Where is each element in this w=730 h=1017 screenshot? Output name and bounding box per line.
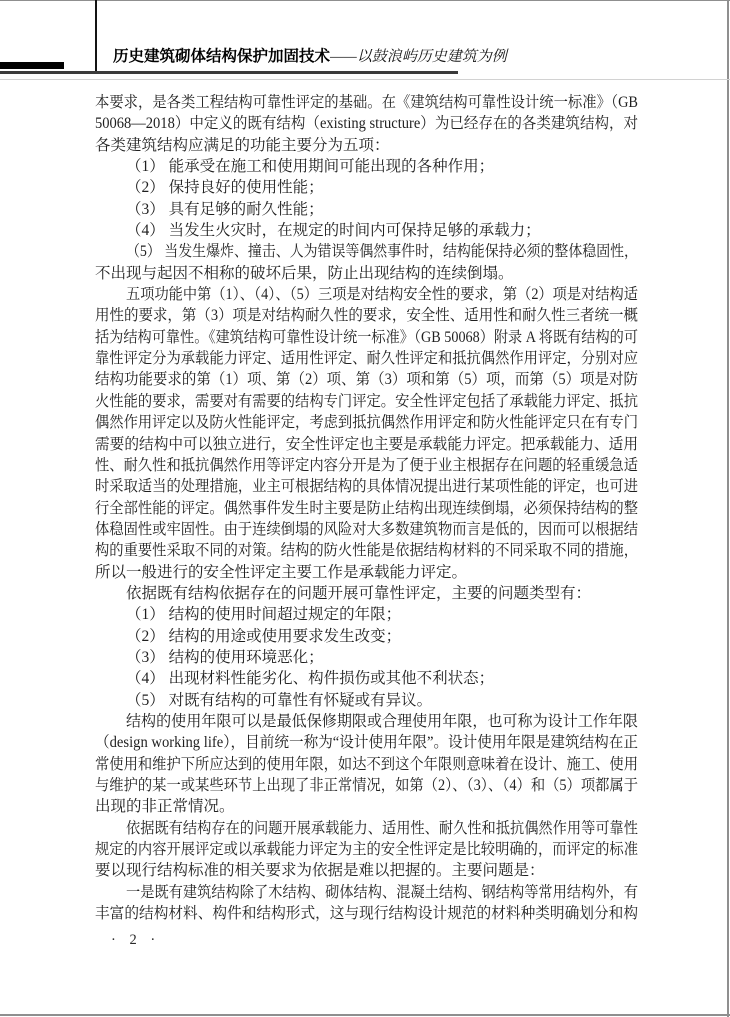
body-text-line: 性、耐久性和抵抗偶然作用等评定内容分开是为了便于业主根据存在问题的轻重缓急适 — [95, 455, 638, 476]
body-text-line: （4） 当发生火灾时，在规定的时间内可保持足够的承载力； — [95, 220, 638, 241]
body-text-line: 时采取适当的处理措施，业主可根据结构的具体情况提出进行某项性能的评定，也可进 — [95, 476, 638, 497]
header-shadow-line — [0, 79, 730, 80]
scan-edge-right — [727, 0, 729, 1017]
body-text-line: （2） 保持良好的使用性能； — [95, 177, 638, 198]
running-header: 历史建筑砌体结构保护加固技术——以鼓浪屿历史建筑为例 — [113, 48, 507, 66]
header-rule — [0, 71, 458, 74]
body-text-line: 出现的非正常情况。 — [95, 796, 638, 817]
body-text-line: 本要求，是各类工程结构可靠性评定的基础。在《建筑结构可靠性设计统一标准》（GB — [95, 92, 638, 113]
body-text-line: 火性能的要求，需要对有需要的结构专门评定。安全性评定包括了承载能力评定、抵抗 — [95, 391, 638, 412]
running-header-title: 历史建筑砌体结构保护加固技术 — [113, 48, 330, 65]
body-text-line: 体稳固性或牢固性。由于连续倒塌的风险对大多数建筑物而言是低的，因而可以根据结 — [95, 519, 638, 540]
body-text-line: 所以一般进行的安全性评定主要工作是承载能力评定。 — [95, 562, 638, 583]
scan-edge-bottom — [0, 1014, 730, 1016]
body-text-line: （3） 结构的使用环境恶化； — [95, 647, 638, 668]
body-text-line: 构的重要性采取不同的对策。结构的防火性能是依据结构材料的不同采取不同的措施， — [95, 540, 638, 561]
header-black-bar — [0, 62, 64, 69]
scan-edge-top — [0, 0, 730, 1]
body-text-line: 不出现与起因不相称的破坏后果，防止出现结构的连续倒塌。 — [95, 263, 638, 284]
body-text-line: 依据既有结构依据存在的问题开展可靠性评定，主要的问题类型有： — [95, 583, 638, 604]
body-text-line: 与维护的某一或某些环节上出现了非正常情况，如第（2）、（3）、（4）和（5）项都… — [95, 775, 638, 796]
body-text-line: 丰富的结构材料、构件和结构形式，这与现行结构设计规范的材料种类明确划分和构 — [95, 903, 638, 924]
header-column-line — [95, 0, 97, 72]
body-text-line: 需要的结构中可以独立进行，安全性评定也主要是承载能力评定。把承载能力、适用 — [95, 434, 638, 455]
body-text-line: 靠性评定分为承载能力评定、适用性评定、耐久性评定和抵抗偶然作用评定，分别对应 — [95, 348, 638, 369]
body-text-line: （design working life），目前统一称为“设计使用年限”。设计使… — [95, 732, 638, 753]
page-number: · 2 · — [111, 932, 160, 949]
body-text-line: 用性的要求，第（3）项是对结构耐久性的要求，安全性、适用性和耐久性三者统一概 — [95, 305, 638, 326]
body-text-line: 常使用和维护下所应达到的使用年限，如达不到这个年限则意味着在设计、施工、使用 — [95, 754, 638, 775]
body-text-line: （5） 当发生爆炸、撞击、人为错误等偶然事件时，结构能保持必须的整体稳固性， — [95, 241, 638, 262]
body-text-line: 结构的使用年限可以是最低保修期限或合理使用年限，也可称为设计工作年限 — [95, 711, 638, 732]
running-header-subtitle: ——以鼓浪屿历史建筑为例 — [330, 49, 507, 65]
body-text-line: （1） 结构的使用时间超过规定的年限； — [95, 604, 638, 625]
body-text-line: 一是既有建筑结构除了木结构、砌体结构、混凝土结构、钢结构等常用结构外，有 — [95, 882, 638, 903]
body-text-line: （3） 具有足够的耐久性能； — [95, 199, 638, 220]
body-text-line: 50068—2018）中定义的既有结构（existing structure）为… — [95, 113, 638, 134]
body-text-line: 偶然作用评定以及防火性能评定，考虑到抵抗偶然作用评定和防火性能评定只在有专门 — [95, 412, 638, 433]
body-text-line: 规定的内容开展评定或以承载能力评定为主的安全性评定是比较明确的，而评定的标准 — [95, 839, 638, 860]
body-text-line: 各类建筑结构应满足的功能主要分为五项： — [95, 135, 638, 156]
body-text-line: （2） 结构的用途或使用要求发生改变； — [95, 626, 638, 647]
body-text-block: 本要求，是各类工程结构可靠性评定的基础。在《建筑结构可靠性设计统一标准》（GB5… — [95, 92, 638, 924]
body-text-line: （5） 对既有结构的可靠性有怀疑或有异议。 — [95, 690, 638, 711]
body-text-line: （4） 出现材料性能劣化、构件损伤或其他不利状态； — [95, 668, 638, 689]
body-text-line: 行全部性能的评定。偶然事件发生时主要是防止结构出现连续倒塌，必须保持结构的整 — [95, 498, 638, 519]
book-page: 历史建筑砌体结构保护加固技术——以鼓浪屿历史建筑为例 本要求，是各类工程结构可靠… — [0, 0, 730, 1017]
body-text-line: 要以现行结构标准的相关要求为依据是难以把握的。主要问题是： — [95, 860, 638, 881]
body-text-line: 依据既有结构存在的问题开展承载能力、适用性、耐久性和抵抗偶然作用等可靠性 — [95, 818, 638, 839]
body-text-line: 结构功能要求的第（1）项、第（2）项、第（3）项和第（5）项，而第（5）项是对防 — [95, 369, 638, 390]
body-text-line: 五项功能中第（1）、（4）、（5）三项是对结构安全性的要求，第（2）项是对结构适 — [95, 284, 638, 305]
body-text-line: 括为结构可靠性。《建筑结构可靠性设计统一标准》（GB 50068）附录 A 将既… — [95, 327, 638, 348]
body-text-line: （1） 能承受在施工和使用期间可能出现的各种作用； — [95, 156, 638, 177]
